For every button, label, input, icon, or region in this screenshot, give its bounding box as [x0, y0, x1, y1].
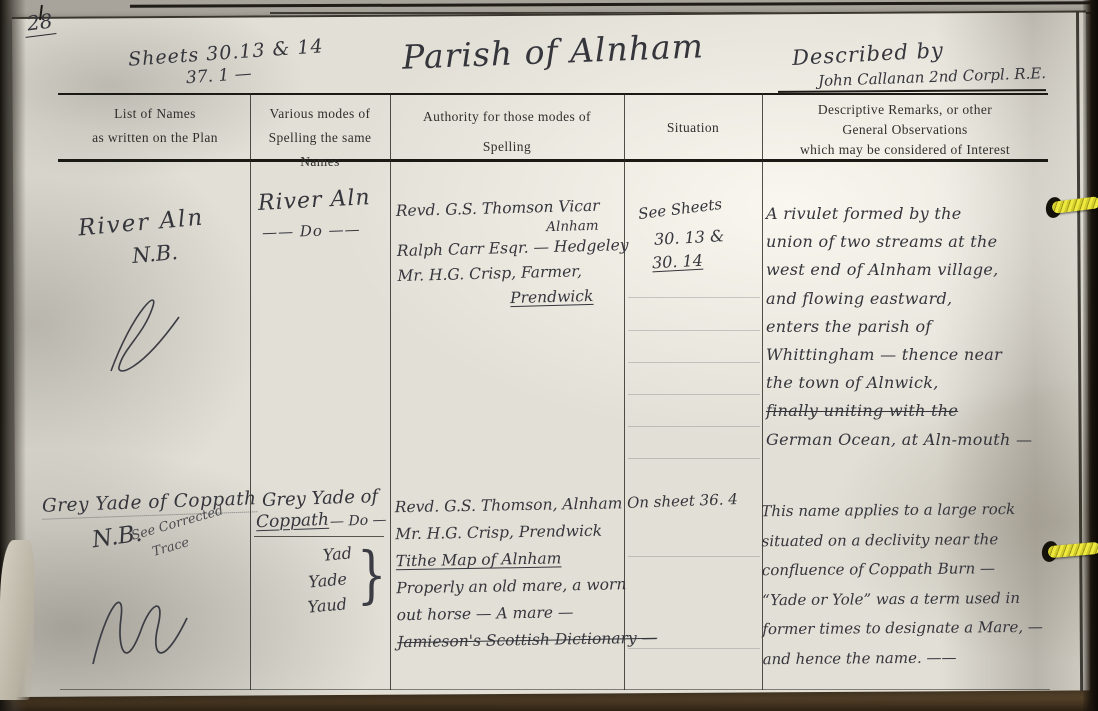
guide-line	[628, 362, 760, 363]
row1-spelling-ditto: —— Do ——	[262, 220, 361, 241]
row1-name-note: N.B.	[131, 240, 179, 268]
guide-line	[628, 426, 760, 427]
authority-line: Properly an old mare, a worn	[396, 571, 656, 603]
remarks-line: “Yade or Yole” was a term used in	[762, 583, 1043, 615]
remarks-line: Whittingham — thence near	[766, 341, 1032, 369]
remarks-line: and flowing eastward,	[766, 285, 1032, 313]
remarks-line: This name applies to a large rock	[761, 495, 1042, 527]
header-spelling-modes: Various modes of Spelling the same Names	[252, 102, 388, 174]
remarks-line: and hence the name. ——	[763, 642, 1044, 674]
book-spine-edge	[1083, 0, 1098, 711]
remarks-line: enters the parish of	[766, 313, 1032, 341]
remarks-line: A rivulet formed by the	[766, 200, 1032, 228]
remarks-line: the town of Alnwick,	[766, 369, 1032, 397]
row1-situation-line2: 30. 13 &	[654, 226, 725, 249]
row1-authority: Revd. G.S. Thomson Vicar Alnham Ralph Ca…	[396, 193, 631, 314]
remarks-line: union of two streams at the	[766, 228, 1032, 256]
row2-spelling-line1: Grey Yade of	[262, 486, 379, 511]
left-torn-paper	[0, 540, 34, 700]
row2-remarks: This name applies to a large rock situat…	[761, 495, 1043, 674]
column-divider-1	[250, 93, 251, 690]
row2-authority: Revd. G.S. Thomson, Alnham Mr. H.G. Cris…	[395, 490, 658, 657]
row1-situation-line3: 30. 14	[652, 251, 704, 273]
page-number: 28	[23, 8, 57, 38]
checkmark-squiggle	[105, 283, 185, 378]
authority-line: Prendwick	[510, 283, 630, 311]
header-list-of-names: List of Names as written on the Plan	[62, 102, 248, 150]
row1-remarks: A rivulet formed by the union of two str…	[766, 200, 1032, 454]
page-bottom-rule	[60, 689, 1050, 690]
authority-line: Revd. G.S. Thomson, Alnham	[395, 490, 655, 522]
checkmark-squiggle	[85, 582, 200, 677]
header-situation: Situation	[626, 116, 760, 140]
remarks-line: west end of Alnham village,	[766, 256, 1032, 284]
variants-brace: }	[357, 538, 387, 611]
spelling-underrule	[254, 536, 384, 537]
guide-line	[628, 394, 760, 395]
underlying-page-edge	[130, 1, 1098, 7]
header-descriptive-remarks: Descriptive Remarks, or other General Ob…	[764, 100, 1046, 160]
remarks-line: former times to designate a Mare, —	[762, 613, 1043, 645]
scanned-register-page: 28 Sheets 30.13 & 14 37. 1 — Parish of A…	[0, 0, 1098, 711]
guide-line	[628, 297, 760, 298]
row2-situation: On sheet 36. 4	[627, 490, 738, 512]
remarks-line: confluence of Coppath Burn —	[762, 554, 1043, 586]
remarks-line: German Ocean, at Aln-mouth —	[766, 426, 1032, 454]
header-authority: Authority for those modes of Spelling	[392, 102, 622, 162]
row2-spelling-line2: Coppath	[256, 510, 330, 533]
authority-line: Jamieson's Scottish Dictionary —	[397, 625, 657, 657]
column-divider-2	[390, 93, 391, 690]
guide-line	[628, 330, 760, 331]
guide-line	[628, 458, 760, 459]
row2-spelling-ditto: — Do —	[330, 512, 387, 530]
remarks-line: finally uniting with the	[766, 397, 1032, 425]
table-header-top-rule	[58, 93, 1048, 95]
remarks-line: situated on a declivity near the	[761, 524, 1042, 556]
